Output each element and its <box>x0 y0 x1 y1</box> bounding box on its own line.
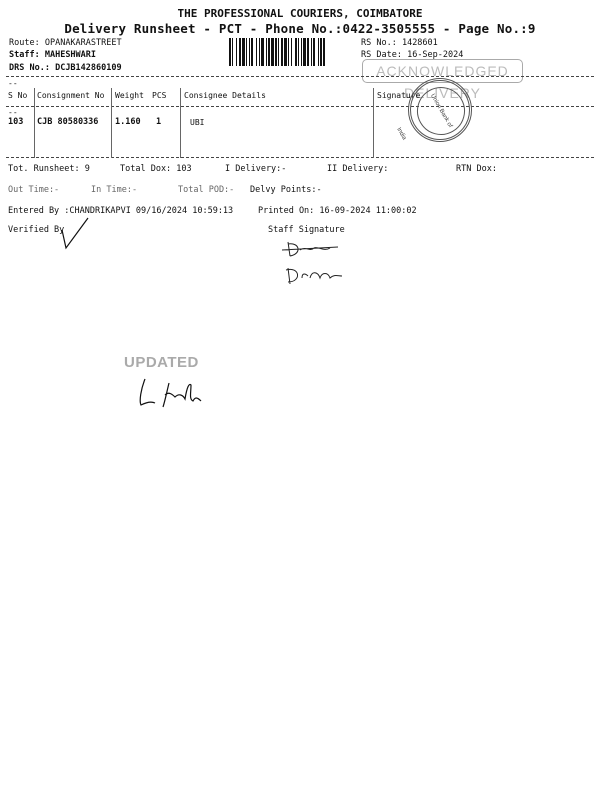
staff-signature-label: Staff Signature <box>268 225 345 235</box>
updated-signature-scribble <box>135 375 215 410</box>
rs-no-label: RS No.: <box>361 38 397 48</box>
total-dox: Total Dox: 103 <box>120 164 192 174</box>
divider-header <box>6 106 594 107</box>
row-sno: 103 <box>8 117 23 127</box>
i-delivery: I Delivery:- <box>225 164 286 174</box>
verified-checkmark-icon <box>58 214 98 254</box>
total-pod: Total POD:- <box>178 185 234 195</box>
bank-seal-stamp: Union Bank of India <box>408 78 472 142</box>
in-time: In Time:- <box>91 185 137 195</box>
row-consignee: UBI <box>190 118 204 127</box>
dash-mark: -- <box>8 108 18 117</box>
runsheet-subtitle: Delivery Runsheet - PCT - Phone No.:0422… <box>0 21 600 36</box>
rs-no-line: RS No.: 1428601 <box>361 38 438 48</box>
col-header-weight: Weight <box>115 91 144 100</box>
divider-bottom <box>6 157 594 158</box>
row-weight: 1.160 <box>115 117 141 127</box>
barcode <box>229 38 352 66</box>
drs-value: DCJB142860109 <box>55 63 122 73</box>
drs-line: DRS No.: DCJB142860109 <box>9 63 122 73</box>
staff-value: MAHESHWARI <box>45 50 96 60</box>
col-divider <box>373 88 374 158</box>
row-pcs: 1 <box>156 117 161 127</box>
col-divider <box>111 88 112 158</box>
printed-on: Printed On: 16-09-2024 11:00:02 <box>258 206 417 216</box>
col-divider <box>180 88 181 158</box>
drs-label: DRS No.: <box>9 63 50 73</box>
bank-seal-text: Union Bank of India <box>408 78 474 144</box>
tot-runsheet: Tot. Runsheet: 9 <box>8 164 90 174</box>
delvy-points: Delvy Points:- <box>250 185 322 195</box>
route-label: Route: <box>9 38 40 48</box>
row-consignment: CJB 80580336 <box>37 117 98 127</box>
staff-signature-scribble <box>280 238 350 288</box>
updated-stamp: UPDATED <box>124 354 199 371</box>
col-header-sno: S No <box>8 91 27 100</box>
out-time: Out Time:- <box>8 185 59 195</box>
entered-by: Entered By :CHANDRIKAPVI 09/16/2024 10:5… <box>8 206 233 216</box>
barcode-bar <box>325 38 326 66</box>
staff-label: Staff: <box>9 50 40 60</box>
ii-delivery: II Delivery: <box>327 164 388 174</box>
col-header-consignment: Consignment No <box>37 91 104 100</box>
col-header-pcs: PCS <box>152 91 166 100</box>
company-title: THE PROFESSIONAL COURIERS, COIMBATORE <box>0 7 600 20</box>
route-value: OPANAKARASTREET <box>45 38 122 48</box>
divider-top <box>6 76 594 77</box>
route-line: Route: OPANAKARASTREET <box>9 38 122 48</box>
col-header-consignee: Consignee Details <box>184 91 266 100</box>
verified-by-label: Verified By <box>8 225 64 235</box>
staff-line: Staff: MAHESHWARI <box>9 50 96 60</box>
dash-mark: -- <box>8 79 18 88</box>
rtn-dox: RTN Dox: <box>456 164 497 174</box>
rs-no-value: 1428601 <box>402 38 438 48</box>
col-divider <box>34 88 35 158</box>
